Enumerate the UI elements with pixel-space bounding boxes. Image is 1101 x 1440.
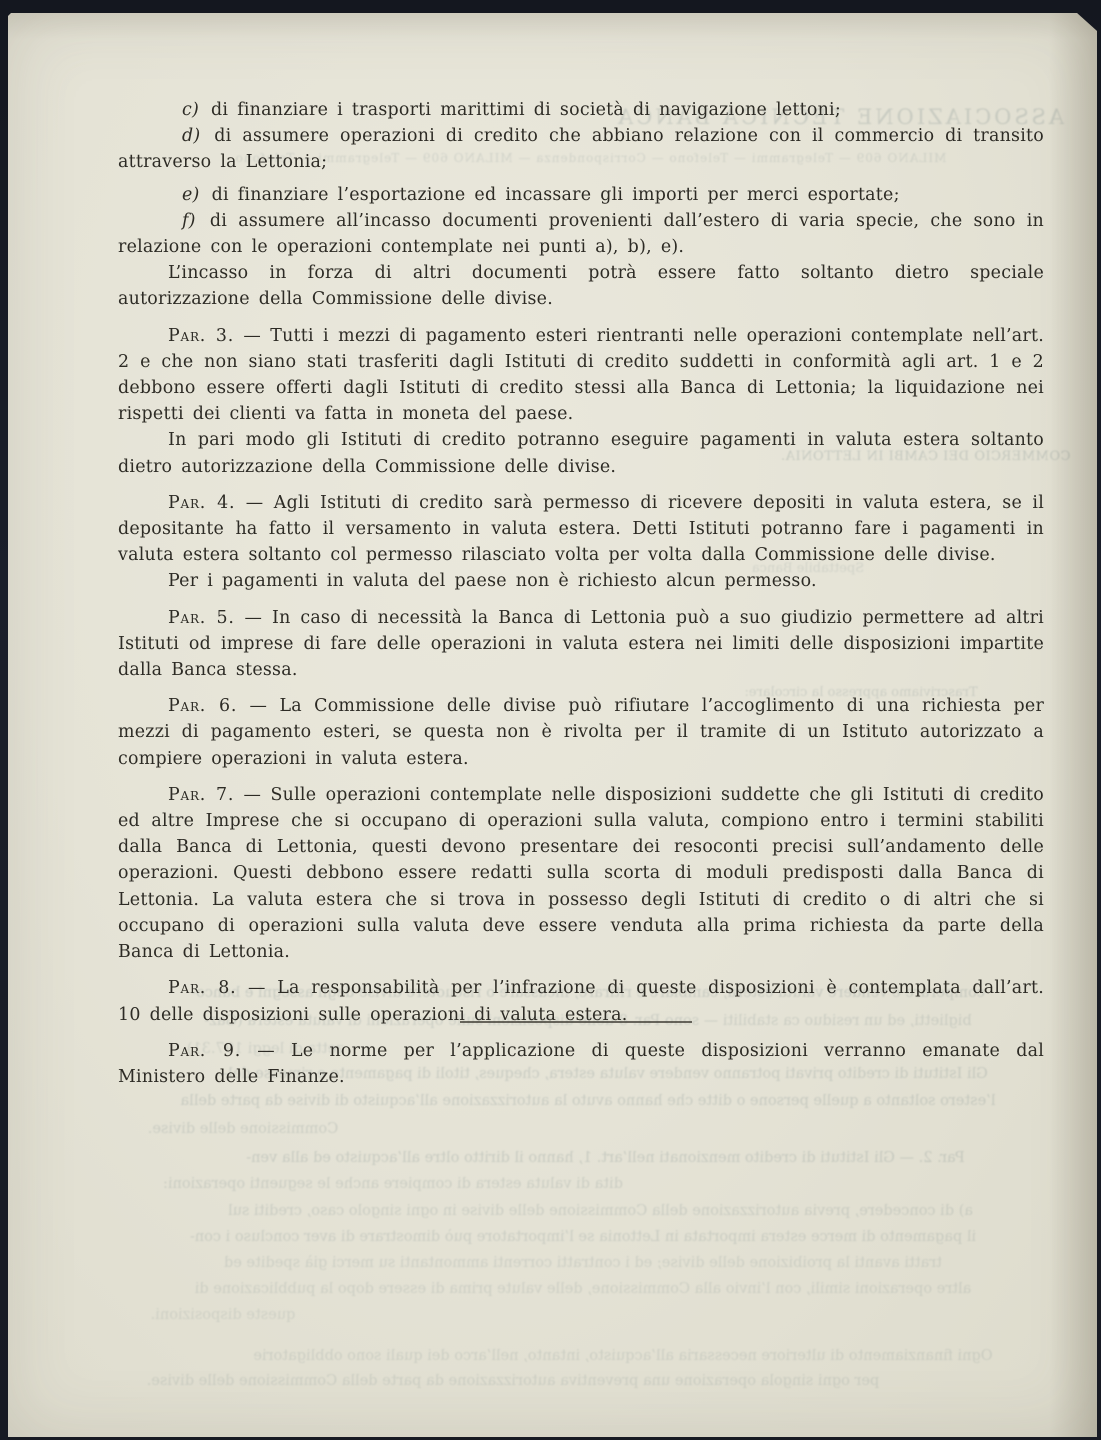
paragraph-label: Par. 3. <box>168 326 234 346</box>
paragraph-text: In pari modo gli Istituti di credito pot… <box>118 430 1044 476</box>
paragraph-d: d) di assumere operazioni di credito che… <box>118 123 1044 175</box>
paragraph-text: di finanziare i trasporti marittimi di s… <box>211 100 841 120</box>
paragraph-text: Agli Istituti di credito sarà permesso d… <box>118 493 1044 565</box>
paragraph-par-9: Par. 9. — Le norme per l’applicazione di… <box>118 1038 1044 1090</box>
paragraph-text: di finanziare l’esportazione ed incassar… <box>212 185 900 205</box>
paragraph-text: La Commissione delle divise può rifiutar… <box>118 696 1044 768</box>
paragraph-text: di assumere all’incasso documenti proven… <box>118 211 1044 257</box>
paragraph-label: c) <box>182 100 202 120</box>
paragraph-label: e) <box>182 185 203 205</box>
paragraph-par-7: Par. 7. — Sulle operazioni contemplate n… <box>118 782 1044 965</box>
bleed-through-text-line: l’estero soltanto a quelle persone o dit… <box>113 1093 1063 1109</box>
bleed-through-text-line: altre operazioni simili, con l’invio all… <box>113 1281 1053 1297</box>
page-curve-shadow <box>1049 13 1097 1437</box>
bleed-through-text-line: a) di concedere, previa autorizzazione d… <box>148 1203 1053 1219</box>
paragraph-label: d) <box>182 126 203 146</box>
paragraph-c: c) di finanziare i trasporti marittimi d… <box>118 97 1044 123</box>
paragraph-label: Par. 9. <box>168 1041 241 1061</box>
bleed-through-text-line: per ogni singola operazione una preventi… <box>113 1373 913 1389</box>
bleed-through-text-line: Ogni finanziamento di ulteriore necessar… <box>183 1348 1063 1364</box>
bleed-through-text-line: tratti avanti la proibizione delle divis… <box>113 1255 1053 1271</box>
paragraph-par-5: Par. 5. — In caso di necessità la Banca … <box>118 605 1044 684</box>
paragraph-label: Par. 7. <box>168 785 234 805</box>
paragraph-text: Le norme per l’applicazione di queste di… <box>118 1041 1044 1087</box>
scanned-book-page: ASSOCIAZIONE TECNICA BANCARIA ITALIANAMI… <box>8 13 1097 1437</box>
paragraph-par-3: Par. 3. — Tutti i mezzi di pagamento est… <box>118 323 1044 428</box>
paragraph-f: f) di assumere all’incasso documenti pro… <box>118 208 1044 260</box>
paragraph-text: La responsabilità per l’infrazione di qu… <box>118 978 1044 1024</box>
bleed-through-text-line: il pagamento di merce estera importata i… <box>113 1229 1053 1245</box>
paragraph-text: Per i pagamenti in valuta del paese non … <box>168 571 817 591</box>
paragraph-text: In caso di necessità la Banca di Lettoni… <box>118 608 1044 680</box>
paragraph-text: Sulle operazioni contemplate nelle dispo… <box>118 785 1044 962</box>
bleed-through-text-line: Commissione delle divise. <box>113 1121 373 1137</box>
paragraph-text: di assumere operazioni di credito che ab… <box>118 126 1044 172</box>
paragraph-text: Tutti i mezzi di pagamento esteri rientr… <box>118 326 1044 425</box>
page-top-shadow <box>8 13 1097 39</box>
paragraph-continuation: L’incasso in forza di altri documenti po… <box>118 260 1044 312</box>
bleed-through-text-line: dita di valuta estera di compiere anche … <box>113 1176 673 1192</box>
paragraph-continuation: Per i pagamenti in valuta del paese non … <box>118 568 1044 594</box>
paragraph-label: Par. 5. <box>168 608 235 628</box>
bleed-through-text-line: queste disposizioni. <box>113 1307 333 1323</box>
paragraph-label: f) <box>182 211 199 231</box>
paragraph-par-8: Par. 8. — La responsabilità per l’infraz… <box>118 975 1044 1027</box>
paragraph-label: Par. 4. <box>168 493 235 513</box>
paragraph-text: L’incasso in forza di altri documenti po… <box>118 263 1044 309</box>
section-divider-rule <box>460 1021 692 1023</box>
paragraph-par-6: Par. 6. — La Commissione delle divise pu… <box>118 693 1044 772</box>
document-text-block: c) di finanziare i trasporti marittimi d… <box>118 97 1044 1090</box>
paragraph-label: Par. 8. <box>168 978 236 998</box>
paragraph-e: e) di finanziare l’esportazione ed incas… <box>118 182 1044 208</box>
paragraph-continuation: In pari modo gli Istituti di credito pot… <box>118 427 1044 479</box>
bleed-through-text-line: Par. 2. — Gli Istituti di credito menzio… <box>148 1150 1063 1166</box>
paragraph-par-4: Par. 4. — Agli Istituti di credito sarà … <box>118 490 1044 569</box>
paragraph-label: Par. 6. <box>168 696 237 716</box>
